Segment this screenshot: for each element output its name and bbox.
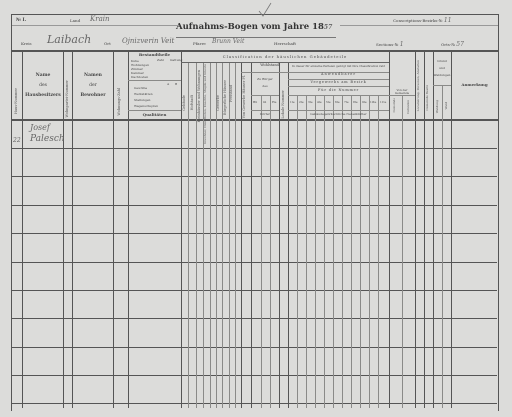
bestand-row: Dachboden [131, 75, 149, 79]
nummer-col: 1te [290, 101, 295, 104]
wohnpartei-header: Wohnpartei-Nummer [66, 80, 70, 117]
herrschaft-label: Herrschaft [274, 42, 296, 46]
class-col: Bürgerliche Häuser [224, 80, 228, 115]
orts-value: 57 [456, 41, 464, 48]
col-line [63, 52, 64, 408]
class-col: Von Gewerbe Häuser Pl. [243, 75, 247, 118]
owner-name-line1: Name [23, 71, 63, 81]
frame-top [11, 14, 499, 15]
col-line [451, 52, 452, 408]
header-subline [288, 86, 389, 87]
fuer-die-nummer-header: Für die Nummer [288, 89, 389, 93]
class-col: Gewerbe [217, 95, 221, 111]
grund-col: Wald [445, 102, 448, 110]
subcol-line [235, 62, 236, 408]
class-col: Hofstadt [191, 95, 195, 110]
nummer-col: 10te [370, 101, 376, 104]
bestand-col-zahl: Zahl [157, 59, 164, 62]
anmerkung-header: Anmerkung [451, 83, 498, 87]
classification-note: In dieser für einzelne Parteien gefolgt … [292, 65, 385, 68]
top-divider-right [340, 25, 499, 26]
form-title: Aufnahms-Bogen vom Jahre 1857 [176, 23, 332, 32]
class-col: Gebäude [183, 95, 187, 111]
pfarre-value: Brunn Veit [212, 39, 244, 45]
wohnungs-header: Wohnungs-Zahl [118, 88, 122, 116]
col-line [389, 52, 390, 408]
grund-header: Grund und Waldungen [433, 58, 451, 79]
nummer-footer: Gebäudegebräuchliche Nebenblätter [288, 113, 389, 116]
bestand-sub-item: Wagenschupfen [134, 103, 158, 109]
lokal-nummer-header: Lokale Nummer [282, 90, 286, 119]
ort-label: Ort [104, 42, 111, 46]
subcol-line [324, 95, 325, 408]
class-col: Inwohner, Dienstboten, Knechte, Mägde un… [204, 64, 207, 144]
nummer-col: 5te [326, 101, 331, 104]
row-owner-first: Josef [30, 124, 50, 132]
nummer-col: 7te [344, 101, 349, 104]
bestandtheile-header: Bestandtheile [128, 53, 181, 57]
nummer-col: 3te [308, 101, 313, 104]
header-bottom [11, 119, 499, 121]
subcol-line [442, 85, 443, 408]
wohlstand-sub: Zu Bürger des [251, 76, 279, 90]
row-owner-last: Palesch [30, 135, 65, 144]
nummer-col: 2te [299, 101, 304, 104]
col-line [72, 52, 73, 408]
class-col: Freistand [230, 85, 234, 102]
table-top [11, 50, 499, 52]
subcol-line [306, 95, 307, 408]
anwendbarer-header: Anwendbarer [288, 73, 389, 77]
census-form-page: № I. Land Krain Aufnahms-Bogen vom Jahre… [0, 0, 512, 417]
localisirung-header: Localisirung, Personen, Anstalten [417, 60, 420, 111]
wohlstand-sub-line: des [251, 83, 279, 90]
wohlstand-footer: Dörfer [251, 113, 279, 116]
ort-value: Ojnizverin Veit [122, 38, 174, 45]
grund-col: Waldung [436, 100, 439, 113]
grund-line: Waldungen [433, 72, 451, 79]
conscription-label: Conscriptions-Bezirks-№ 11 [393, 18, 452, 24]
subcol-line [378, 95, 379, 408]
header-subline [128, 110, 181, 111]
pfarre-label: Pfarre [193, 42, 206, 46]
kreis-value: Laibach [47, 34, 91, 45]
bestand-sub-col-b: B [175, 83, 177, 86]
gemeinde-col: Gefunden [407, 100, 410, 114]
header-subline [288, 110, 389, 111]
header-subline [251, 95, 279, 96]
wohlstand-header: Wohlstand [251, 64, 288, 68]
grund-line: und [433, 65, 451, 72]
wohlstand-col: Gl [263, 101, 266, 104]
bestand-rows: Kuhe Wohnungen Zimmer Kammer Dachboden [131, 59, 149, 79]
subcol-line [351, 95, 352, 408]
col-line [113, 52, 114, 408]
qualitaeten-header: Qualitäten [128, 113, 181, 117]
owner-name-line3: Hausbesitzers [23, 91, 63, 101]
grund-line: Grund [433, 58, 451, 65]
land-value: Krain [90, 16, 110, 23]
frame-left [11, 14, 12, 411]
sections-label: Sections-№ 1 [376, 42, 404, 48]
col-line [128, 52, 129, 408]
header-subline [251, 110, 279, 111]
subcol-line [270, 95, 271, 408]
form-year: 57 [324, 24, 332, 31]
row-haus-nummer: 22 [13, 138, 21, 144]
col-line [279, 62, 280, 408]
nummer-col: 4te [317, 101, 322, 104]
von-der-gemeinde-header: Von der Gemeinde [389, 89, 415, 95]
wohlstand-sub-line: Zu Bürger [251, 76, 279, 83]
sections-label-text: Sections-№ [376, 42, 398, 47]
bestand-sub-col-a: A [167, 83, 169, 86]
title-underline [176, 37, 336, 38]
subcol-line [333, 95, 334, 408]
frame-right [498, 14, 499, 411]
nummer-col: 6te [335, 101, 340, 104]
subcol-line [369, 95, 370, 408]
residents-name-line2: der [73, 81, 113, 91]
col-line [22, 52, 23, 408]
conscription-label-text: Conscriptions-Bezirks-№ [393, 18, 443, 23]
form-title-text: Aufnahms-Bogen vom Jahre 18 [176, 22, 324, 32]
subcol-line [216, 62, 217, 408]
owner-name-header: Name des Hausbesitzers [23, 71, 63, 101]
wohlstand-col: Bü [253, 101, 257, 104]
orts-label: Orts-№ 57 [441, 42, 464, 48]
conscription-value: 11 [444, 17, 452, 24]
subcol-line [210, 62, 211, 408]
land-label: Land [70, 19, 80, 23]
haus-nummer-header: Haus-Nummer [15, 88, 19, 114]
subcol-line [297, 95, 298, 408]
nummer-col: 9te [362, 101, 367, 104]
gemeinde-besitz-header: Gemeinde Besitz [426, 85, 429, 111]
col-line [433, 52, 434, 408]
residents-name-line1: Namen [73, 71, 113, 81]
header-subline [181, 62, 389, 63]
subcol-line [315, 95, 316, 408]
gemeinde-col: Gemeinde [393, 98, 396, 112]
class-col: Kleinhäusler und Wohnungen [198, 70, 202, 122]
classification-header: Classification der häuslichen Gebäudetei… [181, 55, 389, 59]
number-label: № I. [16, 19, 26, 24]
owner-name-line2: des [23, 81, 63, 91]
top-divider [11, 25, 179, 26]
subcol-line [342, 95, 343, 408]
sections-value: 1 [400, 41, 404, 48]
subcol-line [402, 95, 403, 408]
check-mark-icon [258, 2, 272, 18]
subcol-line [188, 62, 189, 408]
subcol-line [261, 95, 262, 408]
header-subline [288, 95, 415, 96]
residents-name-header: Namen der Bewohner [73, 71, 113, 101]
header-subline [128, 80, 181, 81]
vergewerbs-header: Vergewerbs am Bezirk [288, 81, 389, 85]
header-subline [433, 85, 451, 86]
bestand-sub: Gewölbe Werkstätten Stallungen Wagenschu… [134, 85, 158, 109]
wohlstand-col: He [272, 101, 276, 104]
orts-label-text: Orts-№ [441, 42, 455, 47]
subcol-line [229, 62, 230, 408]
subcol-line [360, 95, 361, 408]
kreis-label: Kreis [21, 42, 32, 46]
residents-name-line3: Bewohner [73, 91, 113, 101]
nummer-col: 11te [380, 101, 386, 104]
bestand-col-gattung: Gattung [170, 59, 182, 62]
nummer-col: 8te [353, 101, 358, 104]
